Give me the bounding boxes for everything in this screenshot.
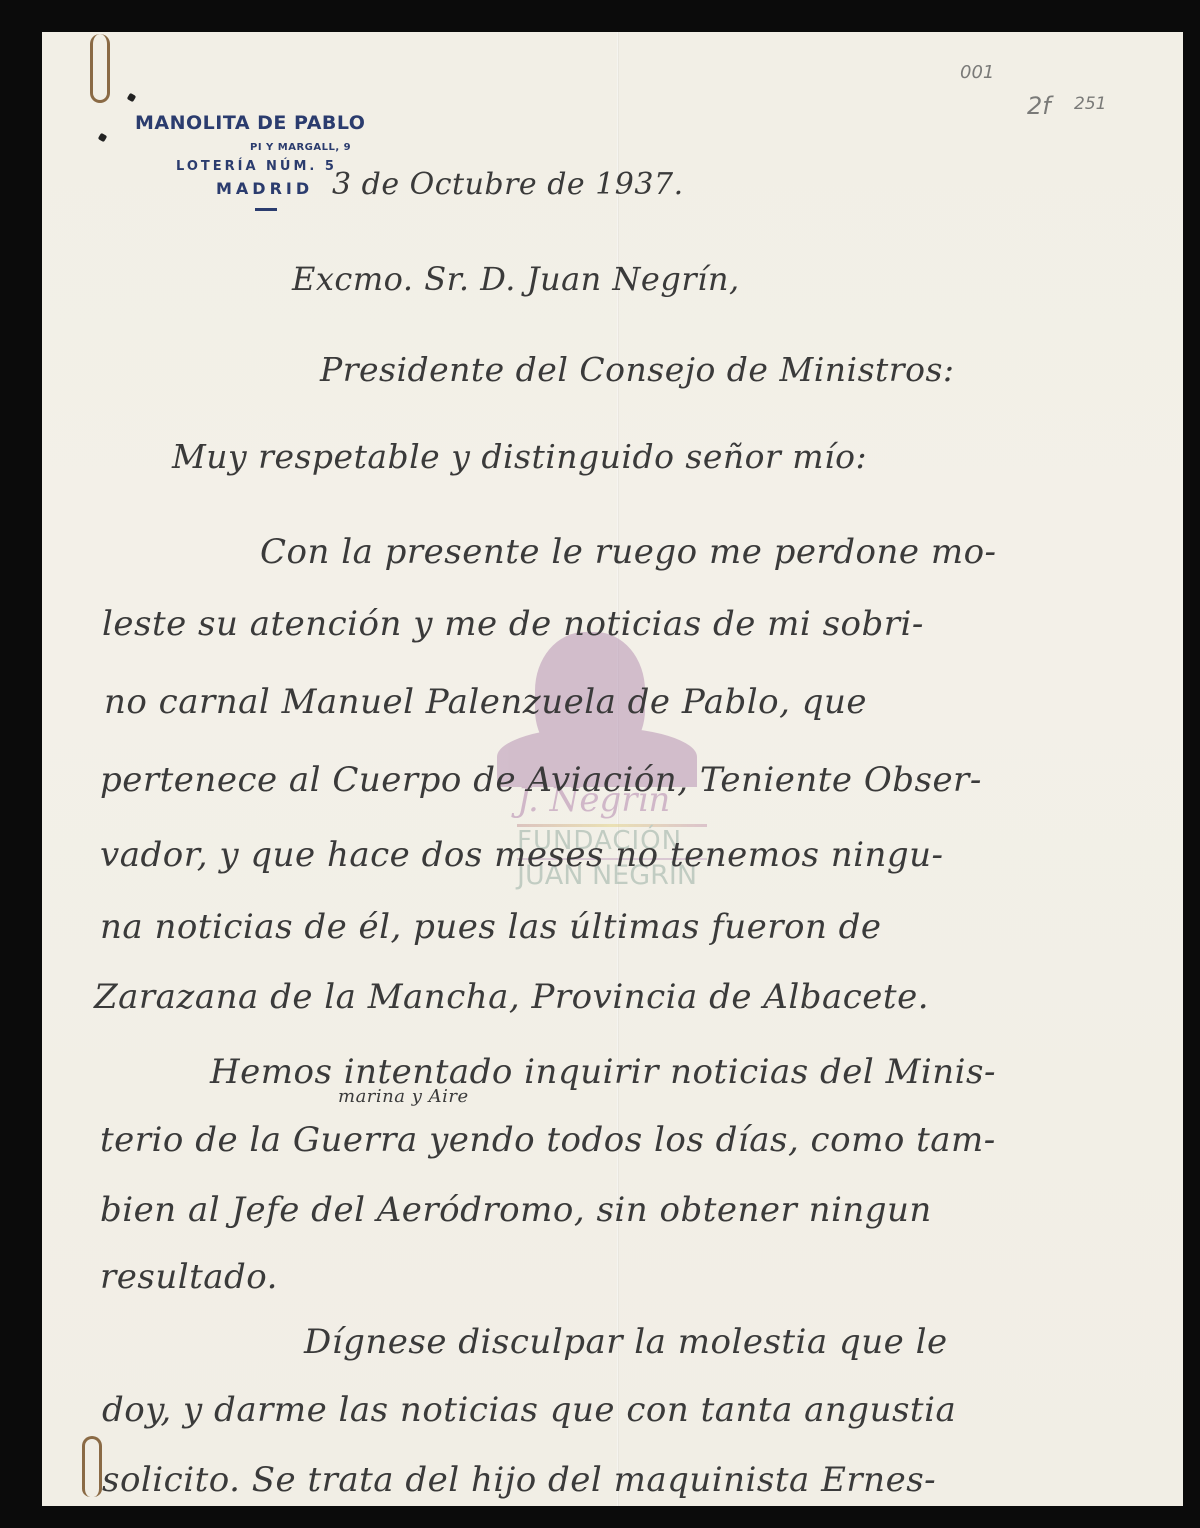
letter-body-line: resultado. xyxy=(100,1257,278,1297)
punch-hole-icon xyxy=(127,93,137,103)
letterhead-city: MADRID xyxy=(216,179,313,198)
letter-page: MANOLITA DE PABLO PI Y MARGALL, 9 LOTERÍ… xyxy=(42,32,1183,1506)
letter-salutation: Muy respetable y distinguido señor mío: xyxy=(172,437,867,476)
watermark-rule xyxy=(517,824,707,827)
punch-hole-icon xyxy=(98,133,108,143)
archive-ref-number: 251 xyxy=(1074,94,1106,114)
letter-body-line: Dígnese disculpar la molestia que le xyxy=(304,1322,948,1362)
paperclip-rust-mark-icon xyxy=(82,1436,102,1497)
letterhead-street: PI Y MARGALL, 9 xyxy=(250,142,351,153)
letter-body-line: Zarazana de la Mancha, Provincia de Alba… xyxy=(94,977,929,1017)
letter-body-line: no carnal Manuel Palenzuela de Pablo, qu… xyxy=(104,682,867,722)
letter-body-line: terio de la Guerra yendo todos los días,… xyxy=(100,1120,996,1160)
scan-frame: MANOLITA DE PABLO PI Y MARGALL, 9 LOTERÍ… xyxy=(0,0,1200,1528)
letter-body-line: pertenece al Cuerpo de Aviación, Tenient… xyxy=(100,760,982,800)
letter-body-line: solicito. Se trata del hijo del maquinis… xyxy=(102,1460,936,1500)
letter-body-line: Con la presente le ruego me perdone mo- xyxy=(260,532,997,572)
letter-body-line: leste su atención y me de noticias de mi… xyxy=(102,604,924,644)
letterhead-name: MANOLITA DE PABLO xyxy=(135,112,365,134)
letterhead-lottery: LOTERÍA NÚM. 5 xyxy=(176,159,337,174)
letter-addressee-title: Presidente del Consejo de Ministros: xyxy=(320,350,955,389)
letter-date: 3 de Octubre de 1937. xyxy=(332,167,684,202)
archive-ref-initials: 2f xyxy=(1027,92,1051,120)
letter-body-line: vador, y que hace dos meses no tenemos n… xyxy=(100,835,944,875)
letter-body-line: bien al Jefe del Aeródromo, sin obtener … xyxy=(100,1190,932,1230)
letterhead-rule xyxy=(255,208,277,211)
archive-folio-number: 001 xyxy=(960,62,994,83)
letter-body-line: doy, y darme las noticias que con tanta … xyxy=(102,1390,956,1430)
letter-body-line: Hemos intentado inquirir noticias del Mi… xyxy=(210,1052,996,1092)
paperclip-rust-mark-icon xyxy=(90,34,110,103)
letter-addressee: Excmo. Sr. D. Juan Negrín, xyxy=(292,260,740,298)
letter-body-line: na noticias de él, pues las últimas fuer… xyxy=(100,907,882,947)
letter-interlinear-insertion: marina y Aire xyxy=(338,1086,469,1107)
